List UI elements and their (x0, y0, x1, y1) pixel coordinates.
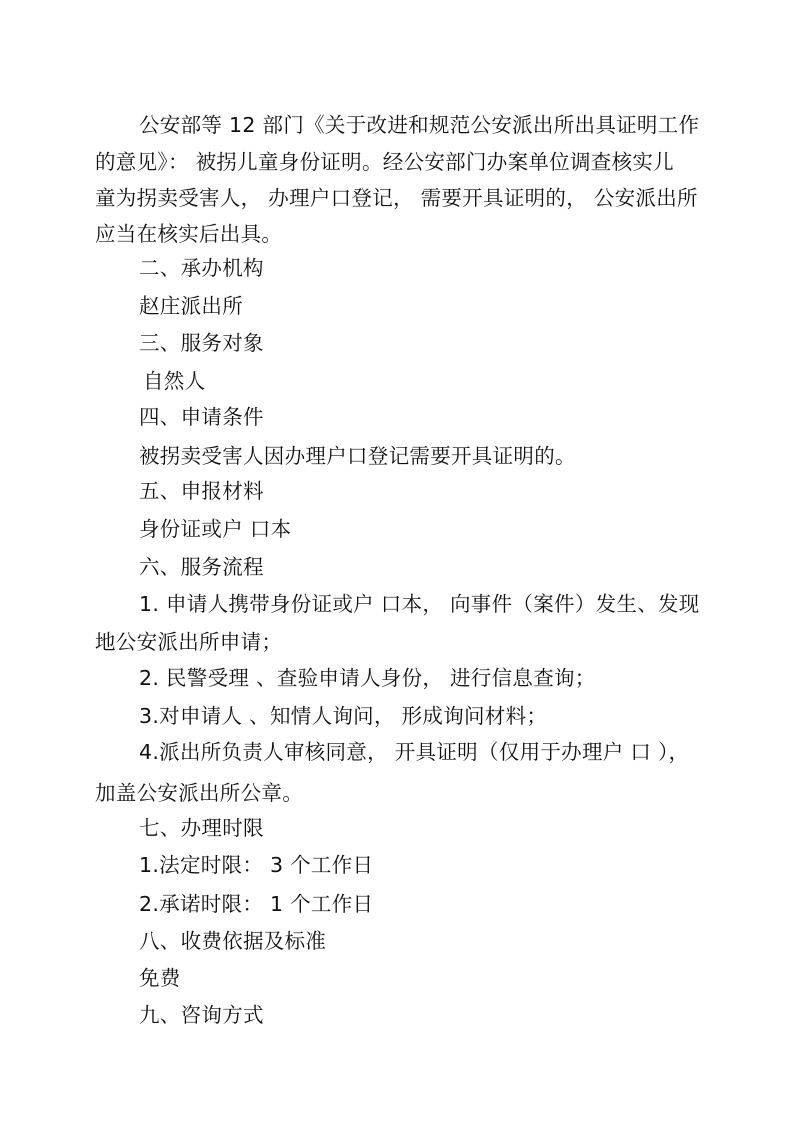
process-heading: 六、服务流程 (139, 554, 264, 580)
process-step-1: 1. 申请人携带身份证或户 口本， 向事件（案件）发生、发现 (139, 591, 700, 617)
fee-heading: 八、收费依据及标准 (139, 928, 326, 954)
intro-line-2: 的意见》： 被拐儿童身份证明。经公安部门办案单位调查核实儿 (95, 149, 674, 175)
process-step-3: 3.对申请人 、知情人询问， 形成询问材料； (139, 703, 547, 729)
process-step-2: 2. 民警受理 、查验申请人身份， 进行信息查询； (139, 665, 596, 691)
time-promise: 2.承诺时限： 1 个工作日 (139, 891, 373, 917)
target-heading: 三、服务对象 (139, 330, 264, 356)
intro-line-1: 公安部等 12 部门《关于改进和规范公安派出所出具证明工作 (139, 112, 699, 138)
time-heading: 七、办理时限 (139, 815, 264, 841)
process-step-4: 4.派出所负责人审核同意， 开具证明（仅用于办理户 口 ）， (139, 739, 689, 765)
materials-heading: 五、申报材料 (139, 478, 264, 504)
agency-value: 赵庄派出所 (139, 293, 243, 319)
intro-line-3: 童为拐卖受害人， 办理户口登记， 需要开具证明的， 公安派出所 (95, 185, 698, 211)
process-step-4-cont: 加盖公安派出所公章。 (95, 780, 303, 806)
conditions-heading: 四、申请条件 (139, 404, 264, 430)
intro-line-4: 应当在核实后出具。 (95, 221, 282, 247)
fee-value: 免费 (139, 965, 181, 991)
agency-heading: 二、承办机构 (139, 255, 264, 281)
materials-value: 身份证或户 口本 (139, 516, 291, 542)
conditions-value: 被拐卖受害人因办理户口登记需要开具证明的。 (139, 443, 576, 469)
process-step-1-cont: 地公安派出所申请； (95, 629, 282, 655)
time-legal: 1.法定时限： 3 个工作日 (139, 852, 373, 878)
target-value: 自然人 (143, 368, 205, 394)
consult-heading: 九、咨询方式 (139, 1002, 264, 1028)
